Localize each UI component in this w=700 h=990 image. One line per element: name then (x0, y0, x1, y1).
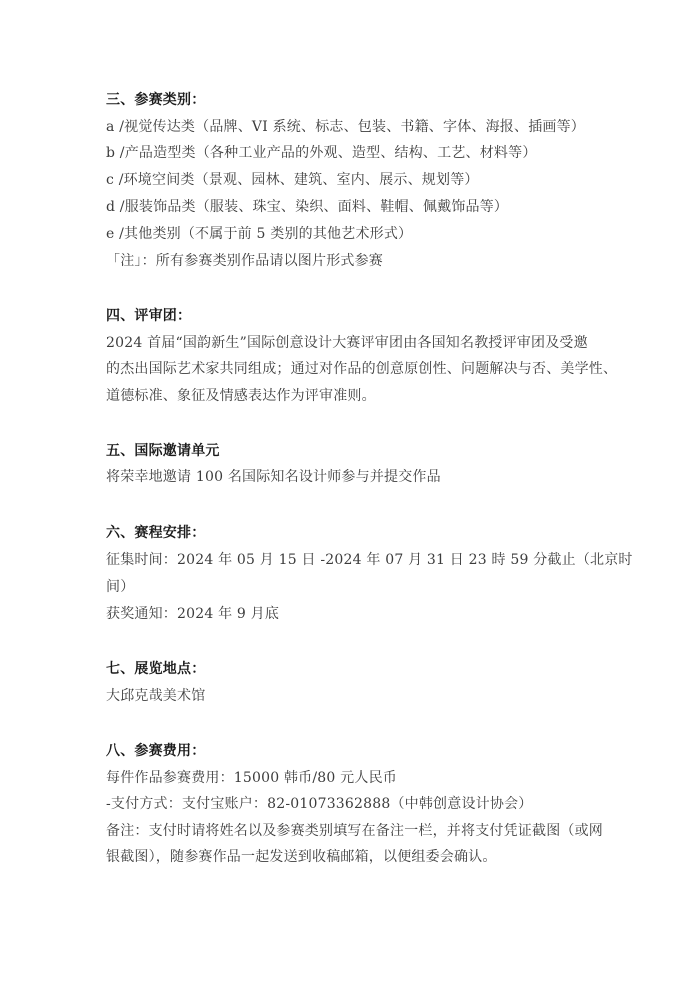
fees-line-1: 每件作品参赛费用：15000 韩币/80 元人民币 (106, 768, 397, 788)
schedule-line-3: 获奖通知：2024 年 9 月底 (106, 604, 279, 624)
section-heading-categories: 三、参赛类别： (106, 90, 205, 110)
jury-line-1: 2024 首届“国韵新生”国际创意设计大赛评审团由各国知名教授评审团及受邀 (106, 333, 588, 353)
schedule-line-1: 征集时间：2024 年 05 月 15 日 -2024 年 07 月 31 日 … (106, 550, 633, 570)
section-heading-fees: 八、参赛费用： (106, 741, 205, 761)
jury-line-3: 道德标准、象征及情感表达作为评审准则。 (106, 386, 376, 406)
invitation-line-1: 将荣幸地邀请 100 名国际知名设计师参与并提交作品 (106, 467, 441, 487)
schedule-line-2: 间） (106, 577, 134, 597)
fees-line-4: 银截图），随参赛作品一起发送到收稿邮箱，以便组委会确认。 (106, 847, 497, 867)
section-heading-schedule: 六、赛程安排： (106, 523, 205, 543)
fees-line-3: 备注：支付时请将姓名以及参赛类别填写在备注一栏，并将支付凭证截图（或网 (106, 821, 603, 841)
section-heading-venue: 七、展览地点： (106, 659, 205, 679)
venue-line-1: 大邱克哉美术馆 (106, 686, 205, 706)
category-item-e: e /其他类别（不属于前 5 类别的其他艺术形式） (106, 224, 412, 244)
fees-line-2: -支付方式：支付宝账户：82-01073362888（中韩创意设计协会） (106, 794, 532, 814)
section-heading-invitation: 五、国际邀请单元 (106, 441, 220, 461)
category-item-b: b /产品造型类（各种工业产品的外观、造型、结构、工艺、材料等） (106, 143, 537, 163)
category-item-a: a /视觉传达类（品牌、VI 系统、标志、包装、书籍、字体、海报、插画等） (106, 117, 585, 137)
jury-line-2: 的杰出国际艺术家共同组成；通过对作品的创意原创性、问题解决与否、美学性、 (106, 359, 617, 379)
category-item-c: c /环境空间类（景观、园林、建筑、室内、展示、规划等） (106, 170, 479, 190)
section-heading-jury: 四、评审团： (106, 306, 191, 326)
category-item-d: d /服装饰品类（服装、珠宝、染织、面料、鞋帽、佩戴饰品等） (106, 197, 508, 217)
category-note: 「注」：所有参赛类别作品请以图片形式参赛 (106, 251, 383, 271)
